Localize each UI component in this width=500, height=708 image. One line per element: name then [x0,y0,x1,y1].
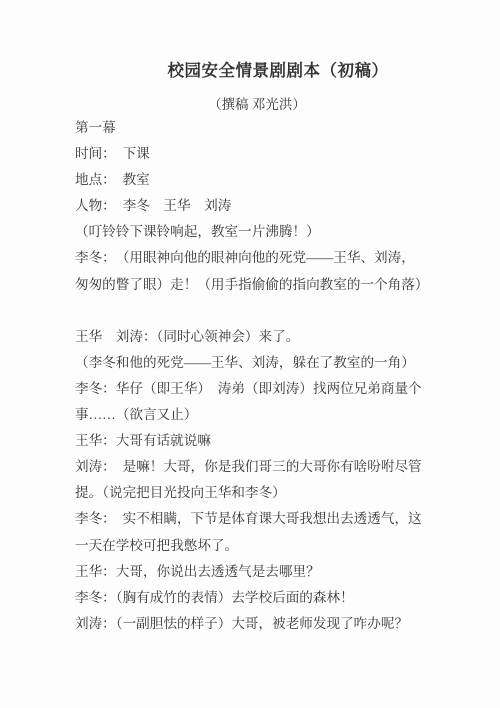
script-body: 第一幕时间： 下课地点： 教室人物： 李冬 王华 刘涛（叮铃铃下课铃响起，教室一… [75,115,440,637]
script-line: 地点： 教室 [75,167,440,193]
script-line: 李冬： 实不相瞒，下节是体育课大哥我想出去透透气，这 [75,506,440,532]
script-line: 刘涛： 是嘛！大哥，你是我们哥三的大哥你有啥吩咐尽管 [75,454,440,480]
document-title: 校园安全情景剧剧本（初稿） [28,57,500,81]
script-line: 王华：大哥，你说出去透透气是去哪里？ [75,559,440,585]
script-line: 匆匆的瞥了眼）走！（用手指偷偷的指向教室的一个角落） [75,272,440,298]
script-line: 事……（欲言又止） [75,402,440,428]
script-line: 时间： 下课 [75,141,440,167]
document-page: 校园安全情景剧剧本（初稿） （撰稿 邓光洪） 第一幕时间： 下课地点： 教室人物… [0,0,500,708]
script-line: 一天在学校可把我憋坏了。 [75,533,440,559]
script-line: 刘涛：（一副胆怯的样子）大哥，被老师发现了咋办呢？ [75,611,440,637]
script-line: （叮铃铃下课铃响起，教室一片沸腾！） [75,219,440,245]
script-line: 李冬： （用眼神向他的眼神向他的死党——王华、刘涛， [75,245,440,271]
script-line: 第一幕 [75,115,440,141]
document-byline: （撰稿 邓光洪） [7,93,500,113]
script-line: 王华：大哥有话就说嘛 [75,428,440,454]
script-line: （李冬和他的死党——王华、刘涛，躲在了教室的一角） [75,350,440,376]
script-line: 王华 刘涛：（同时心领神会）来了。 [75,324,440,350]
script-line: 人物： 李冬 王华 刘涛 [75,193,440,219]
script-line: 李冬：（胸有成竹的表情）去学校后面的森林！ [75,585,440,611]
script-line [75,298,440,324]
script-line: 李冬：华仔（即王华） 涛弟（即刘涛）找两位兄弟商量个 [75,376,440,402]
script-line: 提。（说完把目光投向王华和李冬） [75,480,440,506]
